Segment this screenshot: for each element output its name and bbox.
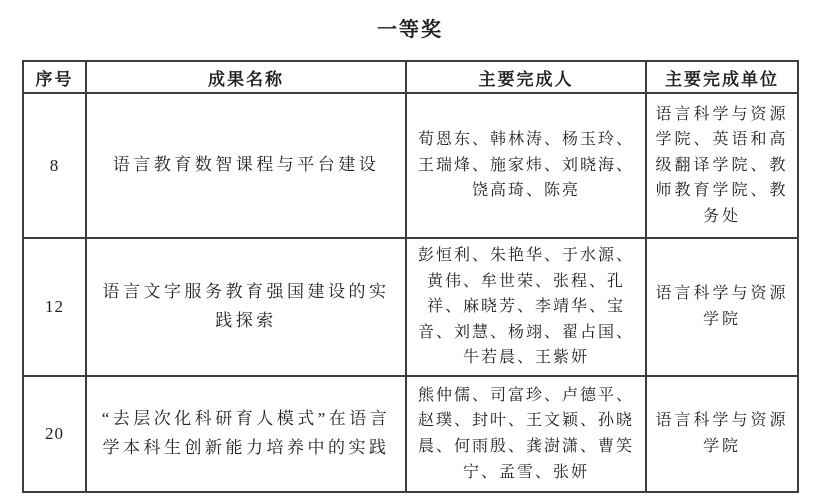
- cell-units: 语言科学与资源学院: [646, 376, 798, 492]
- col-header-units: 主要完成单位: [646, 61, 798, 93]
- cell-serial: 12: [23, 238, 86, 376]
- cell-serial: 20: [23, 376, 86, 492]
- col-header-contributors: 主要完成人: [406, 61, 646, 93]
- cell-achievement-name: 语言教育数智课程与平台建设: [86, 93, 406, 238]
- table-header-row: 序号 成果名称 主要完成人 主要完成单位: [23, 61, 798, 93]
- col-header-name: 成果名称: [86, 61, 406, 93]
- table-row: 8 语言教育数智课程与平台建设 荀恩东、韩林涛、杨玉玲、王瑞烽、施家炜、刘晓海、…: [23, 93, 798, 238]
- table-row: 20 “去层次化科研育人模式”在语言学本科生创新能力培养中的实践 熊仲儒、司富珍…: [23, 376, 798, 492]
- cell-achievement-name: 语言文字服务教育强国建设的实践探索: [86, 238, 406, 376]
- awards-table: 序号 成果名称 主要完成人 主要完成单位 8 语言教育数智课程与平台建设 荀恩东…: [22, 60, 799, 493]
- cell-contributors: 彭恒利、朱艳华、于水源、黄伟、牟世荣、张程、孔祥、麻晓芳、李靖华、宝音、刘慧、杨…: [406, 238, 646, 376]
- award-document-page: 一等奖 序号 成果名称 主要完成人 主要完成单位 8 语言教育数智课程与平台建设…: [0, 0, 820, 499]
- cell-contributors: 熊仲儒、司富珍、卢德平、赵璞、封叶、王文颖、孙晓晨、何雨殷、龚澍潇、曹笑宁、孟雪…: [406, 376, 646, 492]
- cell-serial: 8: [23, 93, 86, 238]
- page-title: 一等奖: [0, 13, 820, 42]
- cell-achievement-name: “去层次化科研育人模式”在语言学本科生创新能力培养中的实践: [86, 376, 406, 492]
- cell-units: 语言科学与资源学院、英语和高级翻译学院、教师教育学院、教务处: [646, 93, 798, 238]
- cell-units: 语言科学与资源学院: [646, 238, 798, 376]
- table-row: 12 语言文字服务教育强国建设的实践探索 彭恒利、朱艳华、于水源、黄伟、牟世荣、…: [23, 238, 798, 376]
- col-header-serial: 序号: [23, 61, 86, 93]
- cell-contributors: 荀恩东、韩林涛、杨玉玲、王瑞烽、施家炜、刘晓海、饶高琦、陈亮: [406, 93, 646, 238]
